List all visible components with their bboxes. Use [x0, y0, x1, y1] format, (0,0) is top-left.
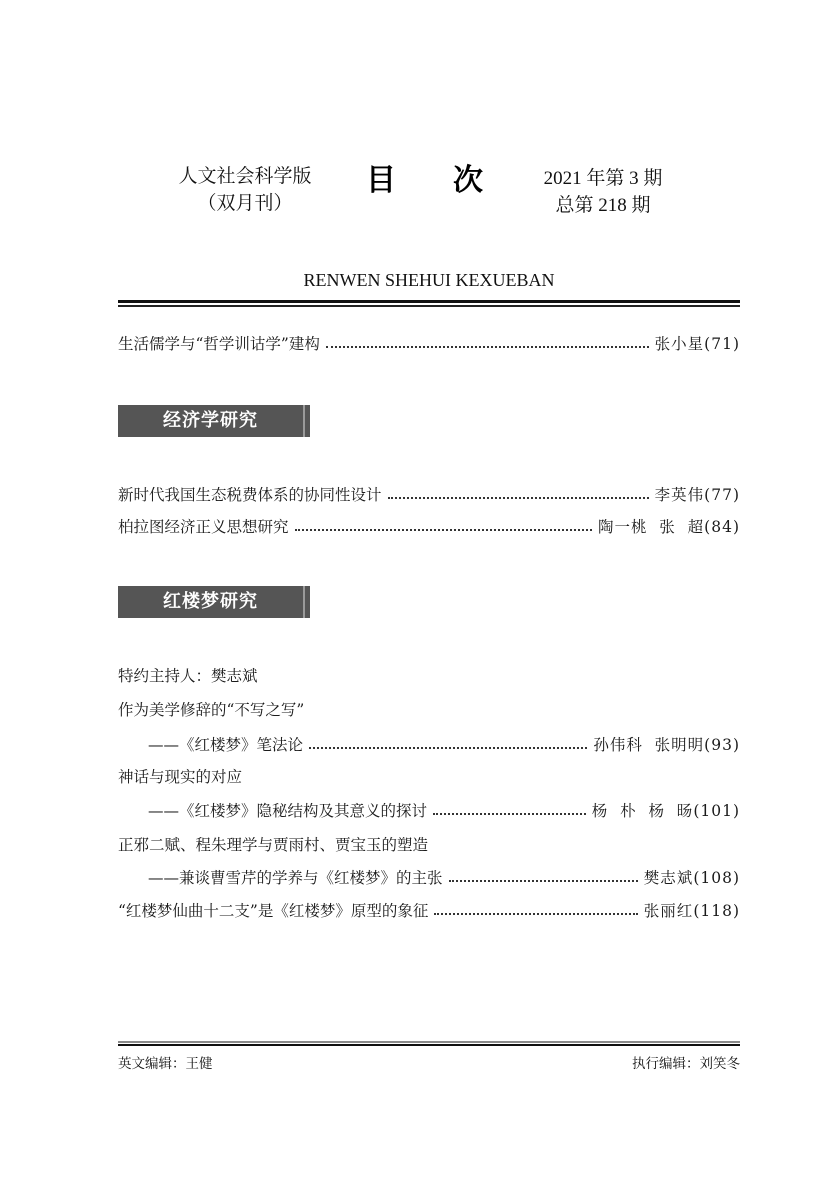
toc-entry-page: (118) [693, 902, 740, 920]
toc-entry[interactable]: ——《红楼梦》笔法论 孙伟科 张明明(93) [148, 733, 740, 757]
edition-label: 人文社会科学版 （双月刊） [160, 163, 330, 217]
toc-entry-page: (108) [693, 869, 740, 887]
header-rule-thin [118, 305, 740, 307]
toc-entry[interactable]: ——《红楼梦》隐秘结构及其意义的探讨 杨 朴 杨 旸(101) [148, 799, 740, 823]
journal-subtitle-en: RENWEN SHEHUI KEXUEBAN [118, 270, 740, 291]
footer-rule-dark [118, 1044, 740, 1046]
toc-entry-page: (101) [693, 802, 740, 820]
toc-entry-page: (77) [704, 486, 740, 504]
toc-entry-author: 张小星(71) [655, 332, 740, 356]
toc-entry-page: (93) [704, 736, 740, 754]
header-rule-thick [118, 300, 740, 303]
toc-entry-author: 李英伟(77) [655, 483, 740, 507]
english-editor: 英文编辑：王健 [118, 1054, 213, 1074]
toc-title-char-2: 次 [453, 161, 483, 201]
toc-entry[interactable]: 生活儒学与“哲学训诂学”建构 张小星(71) [118, 332, 740, 356]
dot-leader [434, 899, 637, 923]
toc-entry-subtitle: ——兼谈曹雪芹的学养与《红楼梦》的主张 [148, 866, 443, 890]
toc-entry-title: 新时代我国生态税费体系的协同性设计 [118, 483, 382, 507]
toc-entry[interactable]: ——兼谈曹雪芹的学养与《红楼梦》的主张 樊志斌(108) [148, 866, 740, 890]
toc-entry-author: 樊志斌(108) [644, 866, 740, 890]
section-header-economics: 经济学研究 [118, 405, 310, 437]
toc-entry-title[interactable]: 神话与现实的对应 [118, 765, 740, 789]
toc-entry[interactable]: 新时代我国生态税费体系的协同性设计 李英伟(77) [118, 483, 740, 507]
toc-entry-subtitle: ——《红楼梦》隐秘结构及其意义的探讨 [148, 799, 427, 823]
dot-leader [295, 515, 592, 539]
edition-name: 人文社会科学版 [160, 163, 330, 190]
toc-entry-subtitle: ——《红楼梦》笔法论 [148, 733, 303, 757]
section-label: 经济学研究 [118, 405, 303, 437]
toc-entry-author: 孙伟科 张明明(93) [593, 733, 740, 757]
executive-editor: 执行编辑：刘笑冬 [632, 1054, 740, 1074]
dot-leader [309, 733, 587, 757]
toc-entry-page: (84) [704, 518, 740, 536]
toc-entry-title: 生活儒学与“哲学训诂学”建构 [118, 332, 320, 356]
issue-total: 总第 218 期 [528, 192, 678, 219]
dot-leader [388, 483, 649, 507]
toc-entry[interactable]: “红楼梦仙曲十二支”是《红楼梦》原型的象征 张丽红(118) [118, 899, 740, 923]
edition-frequency: （双月刊） [160, 190, 330, 217]
toc-entry-title: “红楼梦仙曲十二支”是《红楼梦》原型的象征 [118, 899, 428, 923]
toc-entry[interactable]: 柏拉图经济正义思想研究 陶一桃 张 超(84) [118, 515, 740, 539]
section-divider [303, 586, 305, 618]
toc-entry-title[interactable]: 作为美学修辞的“不写之写” [118, 698, 740, 722]
toc-entry-author: 陶一桃 张 超(84) [598, 515, 740, 539]
toc-title-char-1: 目 [366, 161, 396, 201]
issue-number: 2021 年第 3 期 [528, 165, 678, 192]
section-label: 红楼梦研究 [118, 586, 303, 618]
section-divider [303, 405, 305, 437]
footer-rule-gray [118, 1041, 740, 1043]
dot-leader [449, 866, 638, 890]
section-host: 特约主持人：樊志斌 [118, 664, 740, 688]
dot-leader [326, 332, 649, 356]
issue-info: 2021 年第 3 期 总第 218 期 [528, 165, 678, 219]
toc-entry-title: 柏拉图经济正义思想研究 [118, 515, 289, 539]
toc-entry-page: (71) [704, 335, 740, 353]
section-header-hongloumeng: 红楼梦研究 [118, 586, 310, 618]
toc-entry-author: 张丽红(118) [644, 899, 740, 923]
toc-entry-title[interactable]: 正邪二赋、程朱理学与贾雨村、贾宝玉的塑造 [118, 833, 740, 857]
dot-leader [433, 799, 586, 823]
toc-entry-author: 杨 朴 杨 旸(101) [592, 799, 740, 823]
